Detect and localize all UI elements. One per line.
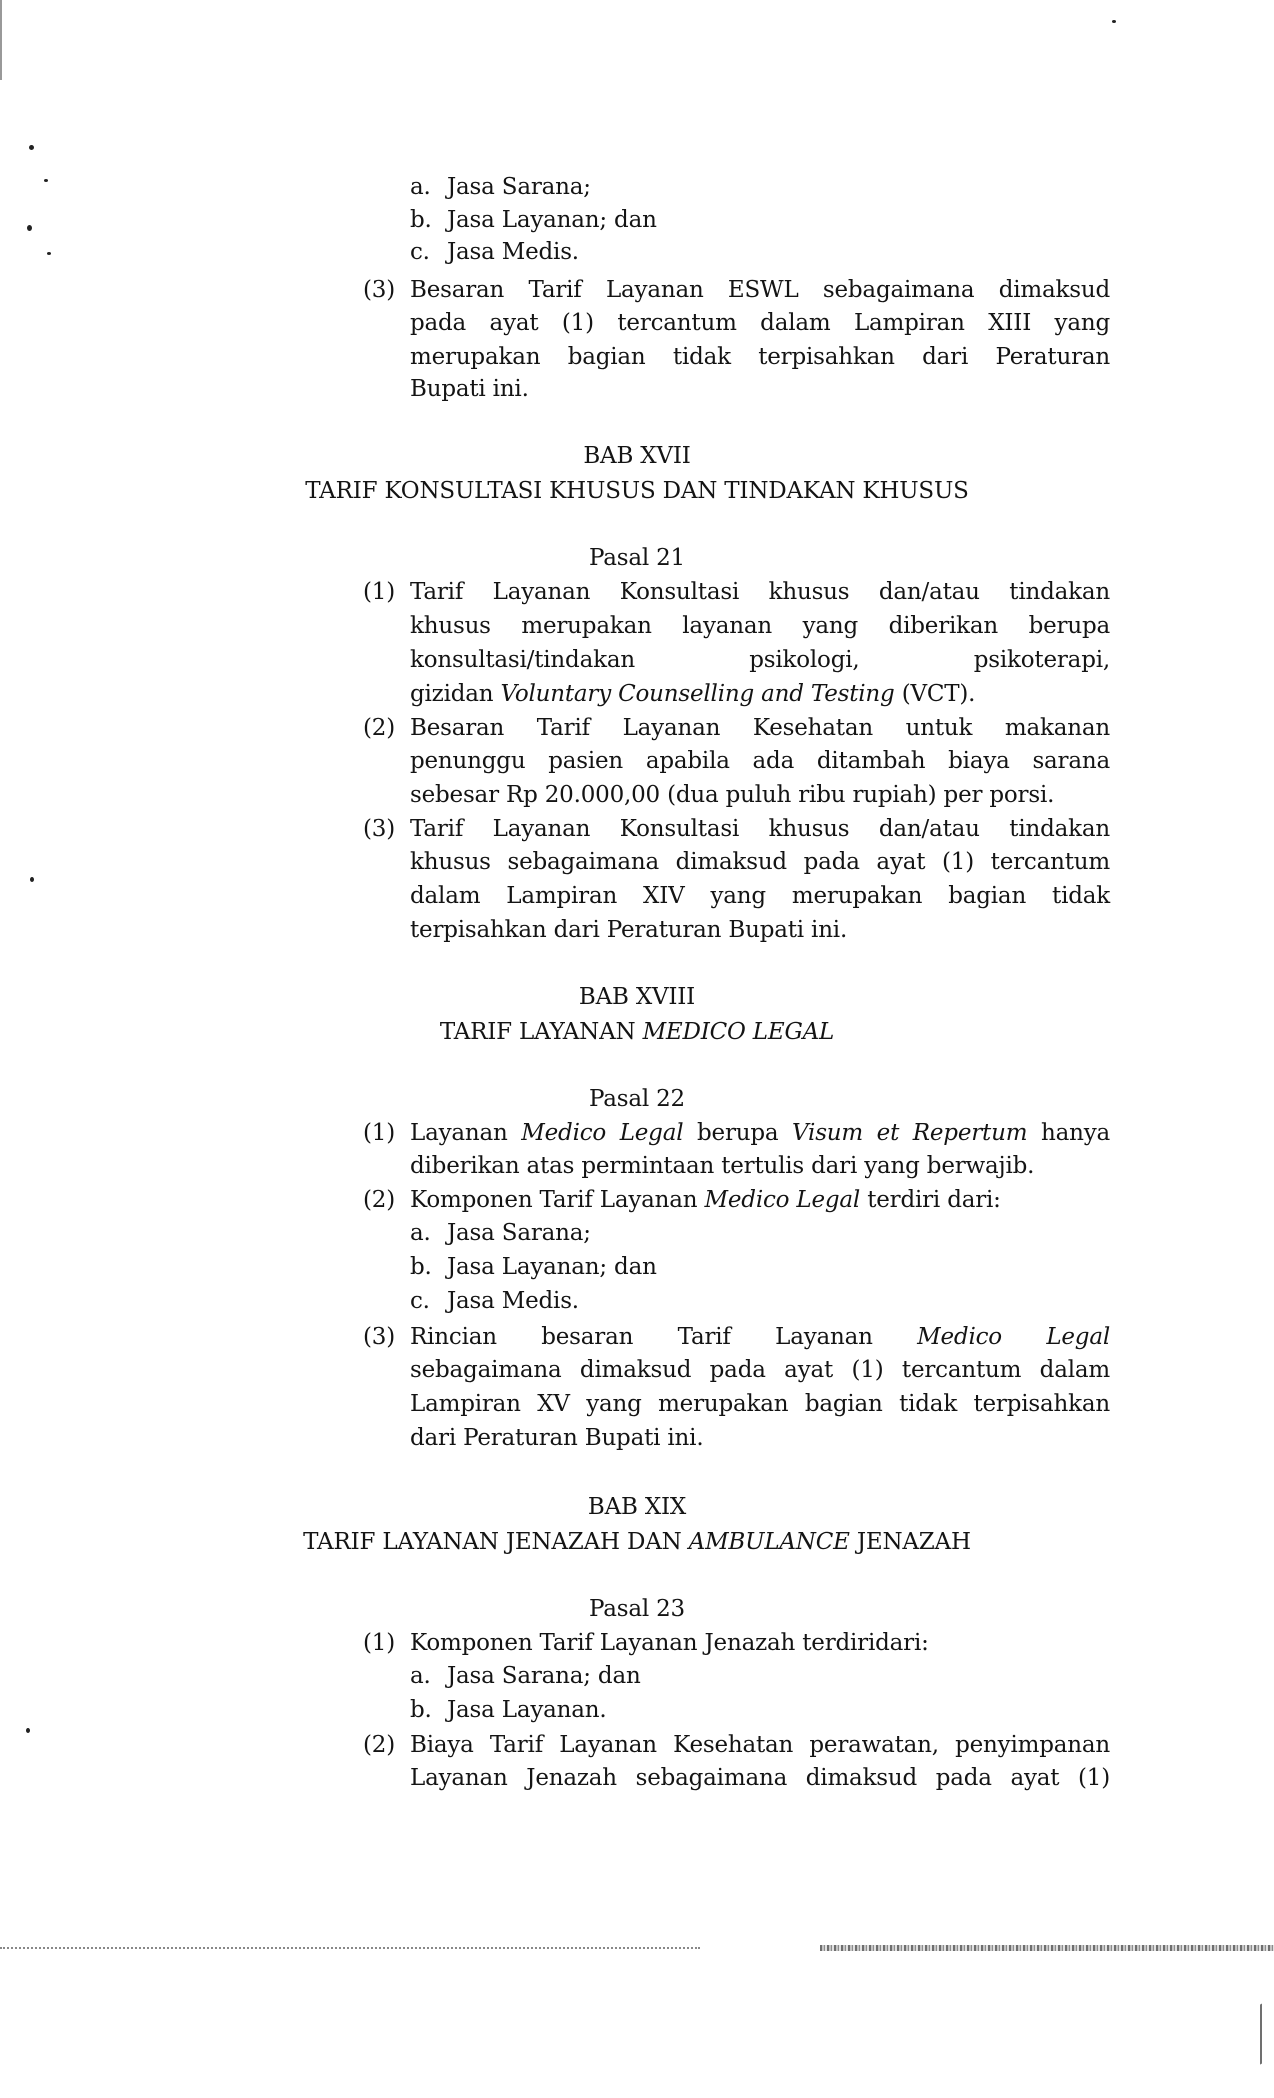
text-run: Rincian besaran Tarif Layanan: [410, 1324, 917, 1350]
list-item-label: b.: [410, 205, 432, 235]
list-item-text: Jasa Sarana; dan: [447, 1661, 641, 1691]
italic-term: AMBULANCE: [689, 1529, 850, 1555]
list-item-text: Jasa Layanan; dan: [447, 1252, 657, 1282]
scan-speck: [47, 252, 51, 255]
list-item-text: Jasa Layanan; dan: [447, 205, 657, 235]
ayat-number: (1): [363, 1628, 395, 1658]
italic-term: Medico Legal: [917, 1324, 1110, 1350]
paragraph-line: Layanan Jenazah sebagaimana dimaksud pad…: [410, 1763, 1110, 1793]
scan-speck: [30, 877, 34, 882]
ayat-number: (1): [363, 1118, 395, 1148]
chapter-heading: BAB XIX: [0, 1492, 1274, 1522]
text-run: terdiri dari:: [860, 1187, 1001, 1213]
text-run: gizidan: [410, 681, 501, 707]
list-item-label: b.: [410, 1695, 432, 1725]
text-run: Layanan: [410, 1120, 521, 1146]
chapter-title: TARIF LAYANAN JENAZAH DAN AMBULANCE JENA…: [0, 1527, 1274, 1557]
paragraph-line: Tarif Layanan Konsultasi khusus dan/atau…: [410, 577, 1110, 607]
paragraph-line: gizidan Voluntary Counselling and Testin…: [410, 679, 1110, 709]
scan-speck: [1112, 20, 1116, 23]
list-item-label: b.: [410, 1252, 432, 1282]
paragraph-line: konsultasi/tindakan psikologi, psikotera…: [410, 645, 1110, 675]
chapter-title: TARIF KONSULTASI KHUSUS DAN TINDAKAN KHU…: [0, 476, 1274, 506]
paragraph-line: khusus sebagaimana dimaksud pada ayat (1…: [410, 847, 1110, 877]
paragraph-line: sebagaimana dimaksud pada ayat (1) terca…: [410, 1355, 1110, 1385]
article-heading: Pasal 21: [0, 543, 1274, 573]
scan-speck: [44, 179, 48, 182]
scan-edge-mark: [0, 0, 5, 80]
list-item-text: Jasa Sarana;: [447, 172, 591, 202]
article-heading: Pasal 22: [0, 1084, 1274, 1114]
italic-term: Medico Legal: [705, 1187, 861, 1213]
paragraph-line: Rincian besaran Tarif Layanan Medico Leg…: [410, 1322, 1110, 1352]
chapter-title: TARIF LAYANAN MEDICO LEGAL: [0, 1017, 1274, 1047]
list-item-label: c.: [410, 1286, 430, 1316]
paragraph-line: terpisahkan dari Peraturan Bupati ini.: [410, 915, 1110, 945]
text-run: Komponen Tarif Layanan: [410, 1187, 705, 1213]
ayat-number: (2): [363, 713, 395, 743]
paragraph-line: merupakan bagian tidak terpisahkan dari …: [410, 342, 1110, 372]
ayat-number: (3): [363, 275, 395, 305]
paragraph-line: diberikan atas permintaan tertulis dari …: [410, 1151, 1110, 1181]
scan-speck: [27, 225, 32, 231]
ayat-number: (1): [363, 577, 395, 607]
list-item-text: Jasa Layanan.: [447, 1695, 607, 1725]
paragraph-line: Besaran Tarif Layanan ESWL sebagaimana d…: [410, 275, 1110, 305]
italic-term: Voluntary Counselling and Testing: [501, 681, 895, 707]
paragraph-line: penunggu pasien apabila ada ditambah bia…: [410, 746, 1110, 776]
italic-term: MEDICO LEGAL: [643, 1019, 835, 1045]
list-item-label: c.: [410, 237, 430, 267]
paragraph-line: Tarif Layanan Konsultasi khusus dan/atau…: [410, 814, 1110, 844]
paragraph-line: dari Peraturan Bupati ini.: [410, 1423, 1110, 1453]
ayat-number: (2): [363, 1185, 395, 1215]
chapter-heading: BAB XVIII: [0, 982, 1274, 1012]
text-run: TARIF LAYANAN: [440, 1019, 643, 1045]
italic-term: Medico Legal: [521, 1120, 683, 1146]
text-run: JENAZAH: [850, 1529, 971, 1555]
list-item-label: a.: [410, 1661, 431, 1691]
ayat-number: (2): [363, 1730, 395, 1760]
paragraph-line: Bupati ini.: [410, 374, 1110, 404]
ayat-number: (3): [363, 814, 395, 844]
paragraph-line: Komponen Tarif Layanan Medico Legal terd…: [410, 1185, 1110, 1215]
paragraph-line: khusus merupakan layanan yang diberikan …: [410, 611, 1110, 641]
scan-fold-band: [820, 1945, 1274, 1951]
scanned-page: a. Jasa Sarana; b. Jasa Layanan; dan c. …: [0, 0, 1274, 2098]
paragraph-line: Besaran Tarif Layanan Kesehatan untuk ma…: [410, 713, 1110, 743]
paragraph-line: Layanan Medico Legal berupa Visum et Rep…: [410, 1118, 1110, 1148]
list-item-label: a.: [410, 172, 431, 202]
article-heading: Pasal 23: [0, 1594, 1274, 1624]
paragraph-line: Komponen Tarif Layanan Jenazah terdirida…: [410, 1628, 1110, 1658]
paragraph-line: Biaya Tarif Layanan Kesehatan perawatan,…: [410, 1730, 1110, 1760]
italic-term: Visum et Repertum: [792, 1120, 1027, 1146]
ayat-number: (3): [363, 1322, 395, 1352]
text-run: (VCT).: [895, 681, 976, 707]
scan-speck: [29, 145, 34, 150]
list-item-text: Jasa Medis.: [447, 1286, 579, 1316]
scan-speck: [26, 1728, 30, 1733]
list-item-label: a.: [410, 1218, 431, 1248]
text-run: berupa: [683, 1120, 792, 1146]
paragraph-line: Lampiran XV yang merupakan bagian tidak …: [410, 1389, 1110, 1419]
paragraph-line: dalam Lampiran XIV yang merupakan bagian…: [410, 881, 1110, 911]
chapter-heading: BAB XVII: [0, 441, 1274, 471]
paragraph-line: sebesar Rp 20.000,00 (dua puluh ribu rup…: [410, 780, 1110, 810]
text-run: TARIF LAYANAN JENAZAH DAN: [303, 1529, 689, 1555]
scan-fold-line: [0, 1947, 700, 1949]
list-item-text: Jasa Sarana;: [447, 1218, 591, 1248]
page-corner-mark: [1260, 1995, 1274, 2064]
text-run: hanya: [1027, 1120, 1110, 1146]
paragraph-line: pada ayat (1) tercantum dalam Lampiran X…: [410, 308, 1110, 338]
list-item-text: Jasa Medis.: [447, 237, 579, 267]
